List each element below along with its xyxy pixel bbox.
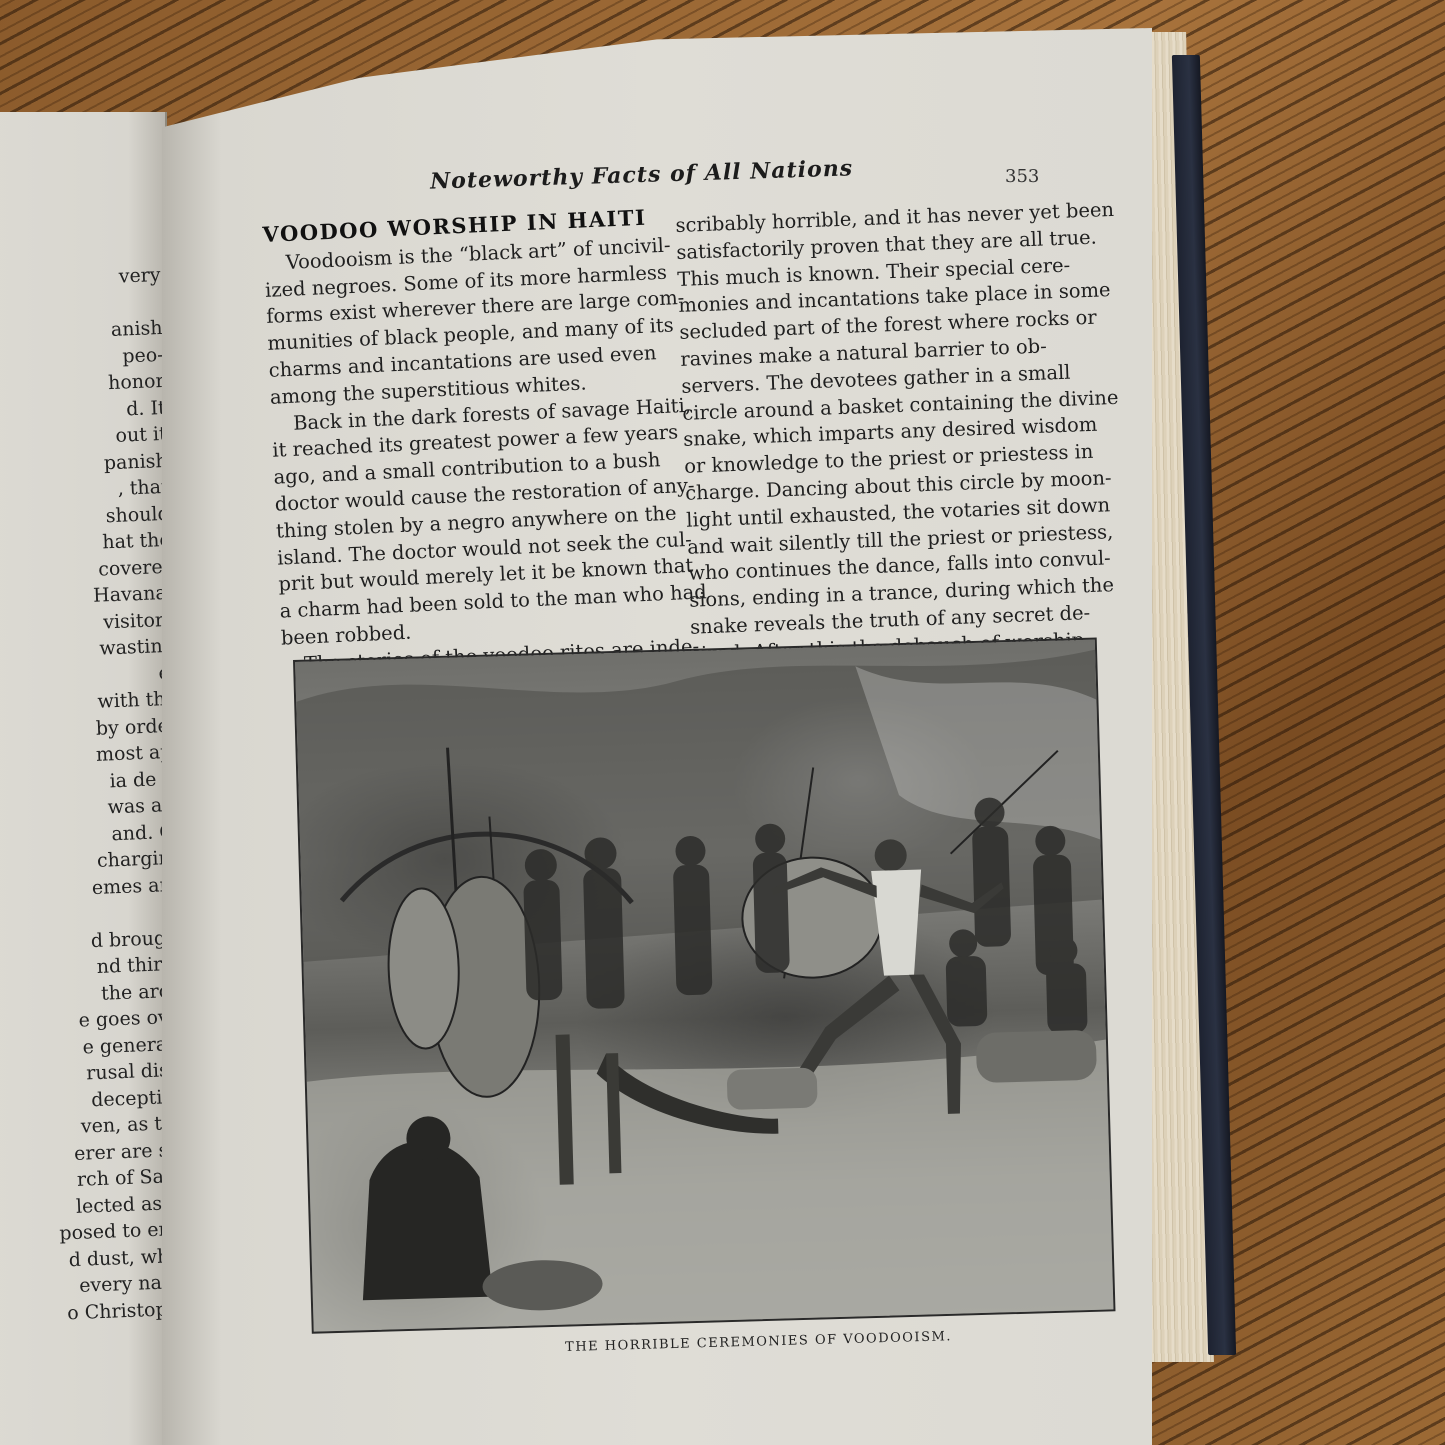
illustration-artwork: [295, 640, 1113, 1332]
article-column-left: VOODOO WORSHIP IN HAITI Voodooism is the…: [262, 204, 682, 679]
article-column-right: scribably horrible, and it has never yet…: [675, 198, 1101, 668]
page-number: 353: [1005, 166, 1039, 187]
illustration-voodoo-ceremony: [293, 638, 1116, 1334]
